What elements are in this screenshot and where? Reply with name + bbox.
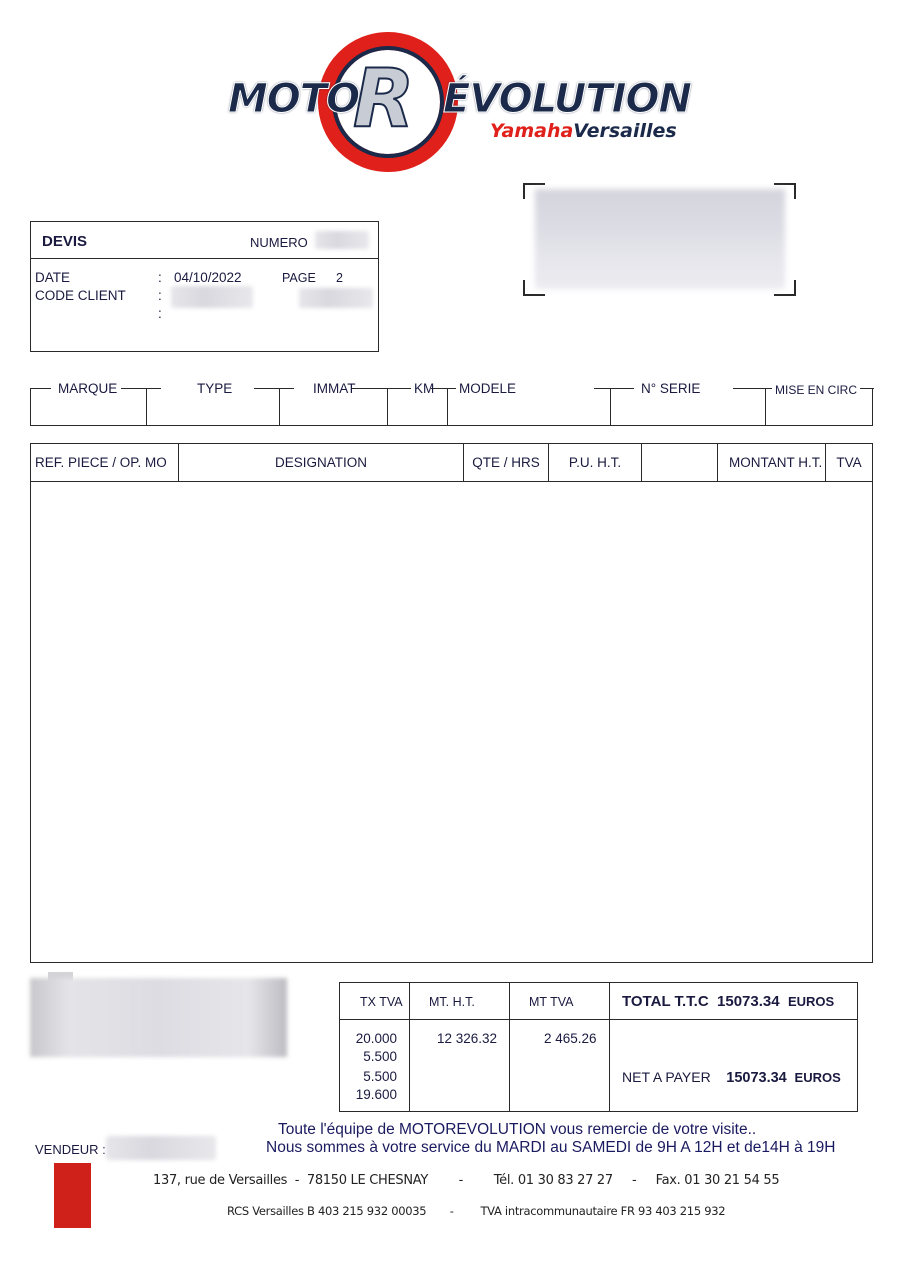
date-value: 04/10/2022 xyxy=(174,270,242,285)
date-label: DATE xyxy=(35,270,70,285)
net-currency: EUROS xyxy=(795,1070,841,1085)
totals-divider xyxy=(409,983,410,1111)
company-logo: MOTO R ÉVOLUTION YamahaVersailles xyxy=(228,30,688,175)
mt-ht-value: 12 326.32 xyxy=(437,1031,497,1046)
numero-label: NUMERO xyxy=(250,235,308,250)
field-immat: IMMAT xyxy=(310,381,359,396)
table-header: REF. PIECE / OP. MO DESIGNATION QTE / HR… xyxy=(31,444,872,482)
vehicle-info-row: MARQUE TYPE IMMAT KM MODELE N° SERIE MIS… xyxy=(30,388,873,426)
vendeur-label: VENDEUR : xyxy=(35,1142,106,1157)
tva-rate: 19.600 xyxy=(340,1087,397,1102)
net-a-payer: NET A PAYER 15073.34 EUROS xyxy=(622,1069,841,1086)
total-ttc-label: TOTAL T.T.C xyxy=(622,993,709,1010)
document-title: DEVIS xyxy=(42,233,87,250)
field-mise-en-circ: MISE EN CIRC xyxy=(772,383,860,397)
footer-address-line: 137, rue de Versailles - 78150 LE CHESNA… xyxy=(153,1173,779,1188)
vehicle-top-line xyxy=(594,388,634,389)
col-ref: REF. PIECE / OP. MO xyxy=(31,444,179,482)
tx-tva-header: TX TVA xyxy=(360,995,403,1009)
logo-sub-versailles: Versailles xyxy=(573,120,676,142)
total-ttc: TOTAL T.T.C 15073.34 EUROS xyxy=(622,993,834,1010)
mt-tva-value: 2 465.26 xyxy=(544,1031,597,1046)
page-value: 2 xyxy=(336,271,343,285)
mt-ht-header: MT. H.T. xyxy=(429,995,475,1009)
vendeur-name-redacted xyxy=(106,1136,216,1160)
footer-registration-line: RCS Versailles B 403 215 932 00035 - TVA… xyxy=(227,1204,725,1218)
net-label: NET A PAYER xyxy=(622,1069,711,1085)
devis-info-box: DEVIS NUMERO DATE : 04/10/2022 PAGE 2 CO… xyxy=(30,221,379,352)
logo-letter-r: R xyxy=(353,52,414,145)
code-client-label: CODE CLIENT xyxy=(35,288,126,303)
logo-subtitle: YamahaVersailles xyxy=(490,120,677,142)
totals-box: TX TVA MT. H.T. MT TVA 20.000 5.500 5.50… xyxy=(339,982,858,1112)
col-designation: DESIGNATION xyxy=(179,444,464,482)
client-address-redacted xyxy=(535,189,785,289)
vehicle-divider xyxy=(765,388,766,425)
field-serie: N° SERIE xyxy=(638,381,703,396)
quote-lines-table: REF. PIECE / OP. MO DESIGNATION QTE / HR… xyxy=(30,443,873,963)
vehicle-divider xyxy=(279,388,280,425)
col-blank xyxy=(642,444,718,482)
total-ttc-currency: EUROS xyxy=(788,994,834,1009)
numero-value-redacted xyxy=(315,231,369,249)
vehicle-top-line xyxy=(31,388,51,389)
date-sep: : xyxy=(158,270,162,285)
company-info-redacted xyxy=(30,978,287,1057)
tva-rate: 20.000 xyxy=(340,1031,397,1046)
code-client-redacted xyxy=(171,286,253,308)
client-address-window xyxy=(523,183,796,296)
col-qte: QTE / HRS xyxy=(464,444,549,482)
field-type: TYPE xyxy=(194,381,235,396)
thank-you-message: Toute l'équipe de MOTOREVOLUTION vous re… xyxy=(278,1121,756,1139)
logo-sub-yamaha: Yamaha xyxy=(490,120,573,142)
client-extra-redacted xyxy=(299,288,373,308)
tva-rate: 5.500 xyxy=(340,1049,397,1064)
vehicle-top-line xyxy=(351,388,411,389)
vehicle-divider xyxy=(146,388,147,425)
devis-header: DEVIS NUMERO xyxy=(31,222,378,259)
grand-total-area: TOTAL T.T.C 15073.34 EUROS NET A PAYER 1… xyxy=(610,983,857,1111)
net-value: 15073.34 xyxy=(726,1070,786,1086)
total-ttc-value: 15073.34 xyxy=(717,993,780,1010)
vehicle-divider xyxy=(447,388,448,425)
brand-red-block xyxy=(54,1163,91,1228)
opening-hours-message: Nous sommes à votre service du MARDI au … xyxy=(266,1139,835,1157)
field-km: KM xyxy=(411,381,437,396)
logo-text-evolution: ÉVOLUTION xyxy=(443,76,691,122)
totals-divider xyxy=(509,983,510,1111)
field-marque: MARQUE xyxy=(55,381,120,396)
col-pu-ht: P.U. H.T. xyxy=(549,444,642,482)
mt-tva-header: MT TVA xyxy=(529,995,573,1009)
vehicle-top-line xyxy=(121,388,161,389)
page-label: PAGE xyxy=(282,271,316,285)
logo-text-moto: MOTO xyxy=(228,76,359,122)
col-montant-ht: MONTANT H.T. xyxy=(718,444,826,482)
extra-sep: : xyxy=(158,306,162,321)
code-client-sep: : xyxy=(158,288,162,303)
vehicle-top-line xyxy=(254,388,294,389)
vehicle-top-line xyxy=(733,388,773,389)
col-tva: TVA xyxy=(826,444,872,482)
tva-rate: 5.500 xyxy=(340,1069,397,1084)
vehicle-divider xyxy=(610,388,611,425)
vehicle-divider xyxy=(387,388,388,425)
field-modele: MODELE xyxy=(456,381,519,396)
